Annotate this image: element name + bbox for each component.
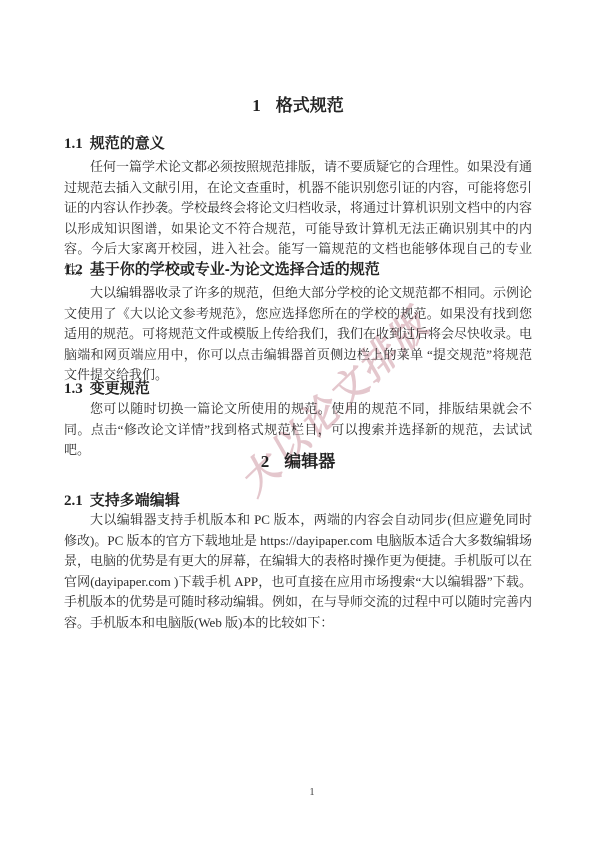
section-1-1-name: 规范的意义: [90, 135, 165, 152]
section-2-1-paragraph: 大以编辑器支持手机版本和 PC 版本，两端的内容会自动同步(但应避免同时修改)。…: [64, 510, 532, 633]
chapter-1-number: 1: [252, 96, 261, 115]
section-2-1-number: 2.1: [64, 493, 83, 509]
chapter-2-number: 2: [261, 452, 270, 471]
chapter-1-title: 1格式规范: [64, 95, 532, 117]
section-1-2-name: 基于你的学校或专业-为论文选择合适的规范: [90, 261, 380, 278]
section-1-3-number: 1.3: [64, 381, 83, 397]
page-number: 1: [305, 787, 319, 798]
section-heading-2-1: 2.1支持多端编辑: [64, 491, 532, 511]
chapter-2-name: 编辑器: [284, 452, 335, 471]
section-heading-1-3: 1.3变更规范: [64, 379, 532, 399]
section-1-1-number: 1.1: [64, 136, 83, 152]
section-1-3-name: 变更规范: [90, 380, 150, 397]
section-1-2-paragraph: 大以编辑器收录了许多的规范，但绝大部分学校的论文规范都不相同。示例论文使用了《大…: [64, 283, 532, 386]
chapter-2-title: 2编辑器: [64, 451, 532, 473]
document-page: 大以论文排版 1格式规范 1.1规范的意义 任何一篇学术论文都必须按照规范排版，…: [0, 0, 595, 842]
section-heading-1-2: 1.2基于你的学校或专业-为论文选择合适的规范: [64, 260, 532, 280]
section-1-2-number: 1.2: [64, 262, 83, 278]
section-2-1-name: 支持多端编辑: [90, 492, 180, 509]
chapter-1-name: 格式规范: [276, 96, 344, 115]
section-heading-1-1: 1.1规范的意义: [64, 134, 532, 154]
